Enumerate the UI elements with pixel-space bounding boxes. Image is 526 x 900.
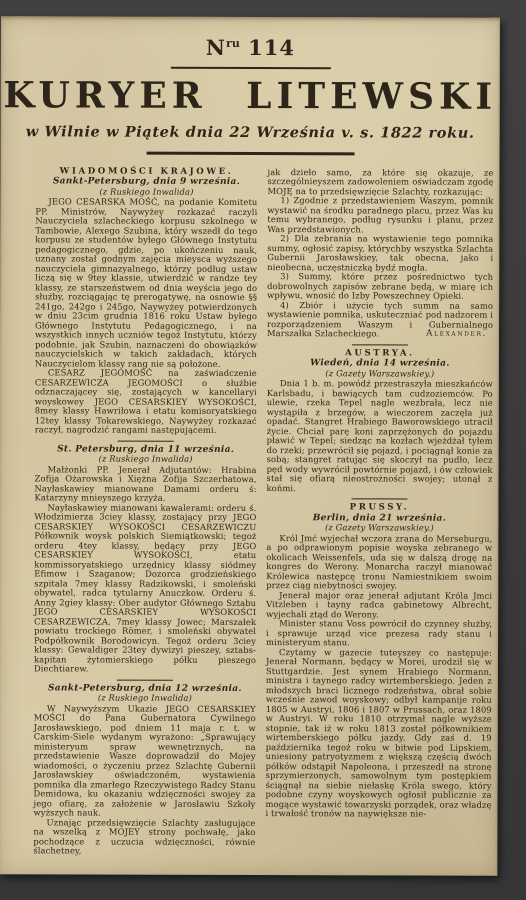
article-paragraph: 3) Summy, które przez pośrednictwo tych … — [267, 272, 493, 301]
article-paragraph: 2) Dla zebrania na wystawienie tego pomn… — [267, 234, 493, 273]
article-paragraph: JEGO CESARSKA MOŚĆ, na podanie Komitetu … — [35, 197, 258, 369]
article-paragraph: 1) Zgodnie z przedstawieniem Waszym, pom… — [267, 196, 493, 235]
scan-backdrop: Nru 114 KURYER LITEWSKI w Wilnie w Piąte… — [0, 0, 526, 900]
masthead: Nru 114 KURYER LITEWSKI w Wilnie w Piąte… — [1, 16, 500, 155]
article-paragraph: Jenerał major oraz jenerał adjutant Król… — [266, 591, 492, 620]
section-heading-prussy: PRUSSY. — [266, 503, 492, 513]
issue-superscript: ru — [226, 37, 240, 50]
article-paragraph: Uznając przedsięwzięcie Szlachty zasługu… — [33, 818, 255, 857]
section-heading-austrya: AUSTRYA. — [267, 349, 493, 359]
issue-number: Nru 114 — [1, 34, 500, 61]
section-separator — [118, 440, 174, 441]
news-columns: WIADOMOŚCI KRAJOWE. Sankt-Petersburg, dn… — [0, 154, 500, 858]
article-paragraph: CESARZ JEGOMOŚĆ na zaświadczenie CESARZE… — [35, 368, 257, 435]
article-paragraph-continuation: jak dzieło samo, za które się okazuje, z… — [267, 168, 493, 197]
section-separator — [117, 679, 173, 680]
section-separator — [352, 344, 408, 345]
article-source: (z Ruskiego Inwalida) — [35, 454, 257, 464]
article-paragraph: Małżonki PP. Jenerał Adjutantów: Hrabina… — [34, 465, 256, 504]
newspaper-page: Nru 114 KURYER LITEWSKI w Wilnie w Piąte… — [0, 16, 500, 876]
article-paragraph: Minister stanu Voss powrócił do czynney … — [266, 619, 492, 648]
section-separator — [351, 498, 407, 499]
news-column-right: jak dzieło samo, za które się okazuje, z… — [265, 168, 493, 820]
article-source: (z Gazety Warszawskiey.) — [266, 523, 492, 533]
article-source: (z Ruskiego Inwalida) — [34, 693, 256, 703]
issue-value: 114 — [248, 35, 295, 60]
article-paragraph: Nayłaskawiey mianowani kawalerami: order… — [34, 503, 257, 675]
masthead-rule-top — [170, 67, 330, 70]
article-paragraph: Dnia 1 b. m. powódź przestraszyła mieszk… — [267, 379, 493, 494]
news-column-left: WIADOMOŚCI KRAJOWE. Sankt-Petersburg, dn… — [33, 167, 257, 857]
article-paragraph: Czytamy w gazecie tuteyszey co następuje… — [265, 648, 492, 820]
article-paragraph: Król Jmć wyjechał wczora zrana do Merseb… — [266, 534, 492, 592]
paper-dateline: w Wilnie w Piątek dnia 22 Września v. s.… — [1, 123, 500, 142]
issue-prefix: N — [206, 35, 226, 60]
paper-title: KURYER LITEWSKI — [1, 74, 500, 118]
article-paragraph: W Naywyższym Ukazie JEGO CESARSKIEY MOŚC… — [33, 704, 255, 819]
